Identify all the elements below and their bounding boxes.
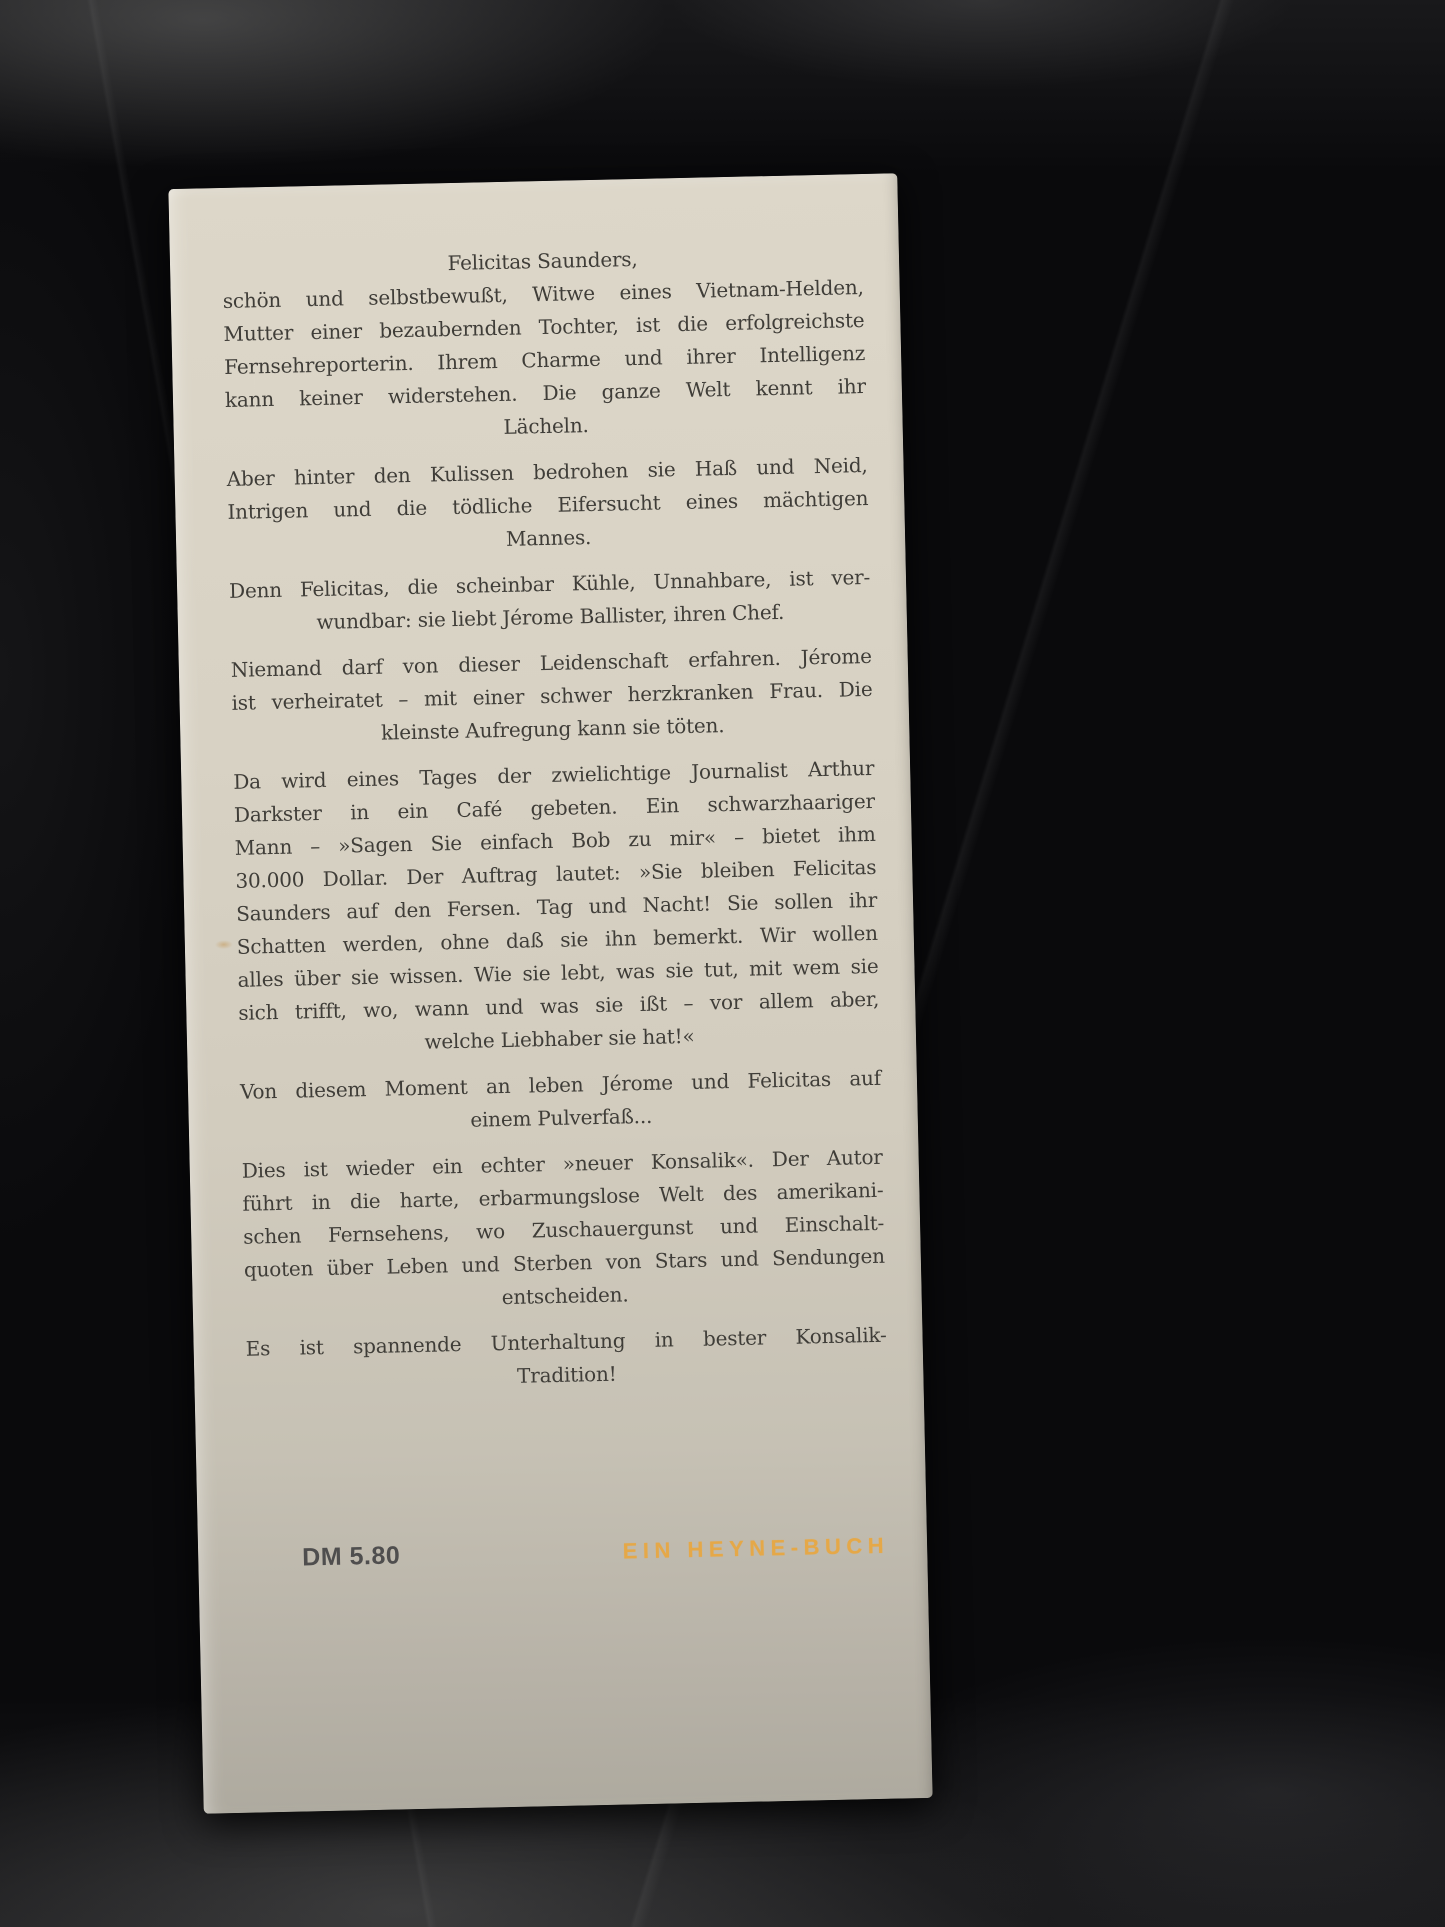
blurb-paragraph: Felicitas Saunders,schön und selbstbewuß… — [222, 238, 867, 450]
photo-background: Felicitas Saunders,schön und selbstbewuß… — [0, 0, 1445, 1927]
blurb-paragraph: Da wird eines Tages der zwielichtige Jou… — [233, 752, 880, 1063]
imprint-label: EIN HEYNE-BUCH — [622, 1533, 889, 1565]
blurb-paragraph: Aber hinter den Kulissen bedrohen sie Ha… — [226, 449, 869, 562]
blurb-paragraph: Denn Felicitas, die scheinbar Kühle, Unn… — [229, 561, 871, 641]
blurb-paragraph: Niemand darf von dieser Leidenschaft erf… — [231, 640, 874, 753]
blurb: Felicitas Saunders,schön und selbstbewuß… — [168, 173, 923, 1400]
cover-footer: DM 5.80 EIN HEYNE-BUCH — [198, 1530, 927, 1575]
book-back-cover: Felicitas Saunders,schön und selbstbewuß… — [168, 173, 932, 1814]
blurb-paragraph: Dies ist wieder ein echter »neuer Konsal… — [241, 1141, 885, 1320]
blurb-paragraph: Von diesem Moment an leben Jérome und Fe… — [240, 1062, 882, 1142]
blurb-paragraph: Es ist spannende Unterhaltung in bester … — [245, 1319, 887, 1399]
price-label: DM 5.80 — [302, 1541, 401, 1572]
